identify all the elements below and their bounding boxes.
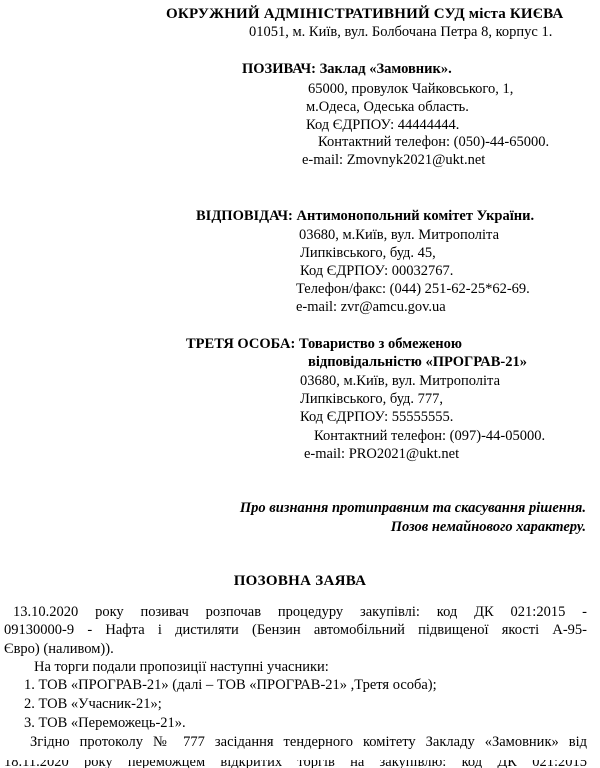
- plaintiff-email: e-mail: Zmovnyk2021@ukt.net: [302, 152, 485, 169]
- defendant-email-line: e-mail: zvr@amcu.gov.ua: [296, 299, 446, 316]
- defendant-edrpou: Код ЄДРПОУ: 00032767.: [300, 263, 453, 280]
- defendant-label: ВІДПОВІДАЧ:: [196, 208, 293, 224]
- plaintiff-phone: Контактний телефон: (050)-44-65000.: [318, 134, 549, 151]
- plaintiff-name: Заклад «Замовник».: [320, 61, 452, 77]
- plaintiff-edrpou: Код ЄДРПОУ: 44444444.: [306, 117, 459, 134]
- third-party-email: e-mail: PRO2021@ukt.net: [304, 446, 459, 463]
- third-party-label: ТРЕТЯ ОСОБА:: [186, 336, 295, 352]
- plaintiff-address-line1: 65000, провулок Чайковського, 1,: [308, 81, 513, 98]
- defendant-phone: Телефон/факс: (044) 251-62-25*62-69.: [296, 281, 530, 298]
- claim-para2-line2: 18.11.2020 року переможцем відкритих тор…: [4, 760, 587, 768]
- claim-para1-line2: 09130000-9 - Нафта і дистиляти (Бензин а…: [4, 622, 587, 639]
- participants-intro: На торги подали пропозиції наступні учас…: [34, 659, 329, 676]
- third-party-edrpou: Код ЄДРПОУ: 55555555.: [300, 409, 453, 426]
- plaintiff-heading: ПОЗИВАЧ: Заклад «Замовник».: [242, 61, 452, 78]
- third-party-address-line1: 03680, м.Київ, вул. Митрополіта: [300, 373, 500, 390]
- claim-para1-line1: 13.10.2020 року позивач розпочав процеду…: [4, 604, 587, 621]
- defendant-email-label: e-mail:: [296, 299, 337, 315]
- court-address: 01051, м. Київ, вул. Болбочана Петра 8, …: [249, 24, 552, 41]
- third-party-name-line1: Товариство з обмеженою: [299, 336, 462, 352]
- third-party-heading: ТРЕТЯ ОСОБА: Товариство з обмеженою: [186, 336, 462, 353]
- defendant-address-line1: 03680, м.Київ, вул. Митрополіта: [299, 227, 499, 244]
- subject-line1: Про визнання протиправним та скасування …: [240, 500, 586, 517]
- defendant-address-line2: Липківського, буд. 45,: [300, 245, 436, 262]
- participant-item: 2. ТОВ «Учасник-21»;: [24, 696, 162, 713]
- truncated-line-clip: 18.11.2020 року переможцем відкритих тор…: [0, 760, 600, 768]
- court-name: ОКРУЖНИЙ АДМІНІСТРАТИВНИЙ СУД міста КИЄВ…: [166, 6, 563, 23]
- claim-para2-line1: Згідно протоколу № 777 засідання тендерн…: [4, 734, 587, 751]
- third-party-name-line2: відповідальністю «ПРОГРАВ-21»: [308, 354, 527, 371]
- third-party-address-line2: Липківського, буд. 777,: [300, 391, 443, 408]
- plaintiff-address-line2: м.Одеса, Одеська область.: [306, 99, 469, 116]
- subject-line2: Позов немайнового характеру.: [391, 519, 586, 536]
- defendant-email: zvr@amcu.gov.ua: [341, 299, 446, 315]
- defendant-heading: ВІДПОВІДАЧ: Антимонопольний комітет Укра…: [196, 208, 534, 225]
- claim-title: ПОЗОВНА ЗАЯВА: [0, 573, 600, 590]
- participant-item: 1. ТОВ «ПРОГРАВ-21» (далі – ТОВ «ПРОГРАВ…: [24, 677, 437, 694]
- defendant-name: Антимонопольний комітет України.: [297, 208, 535, 224]
- claim-para1-line3: Євро) (наливом)).: [4, 641, 114, 658]
- plaintiff-label: ПОЗИВАЧ:: [242, 61, 316, 77]
- third-party-phone: Контактний телефон: (097)-44-05000.: [314, 428, 545, 445]
- participant-item: 3. ТОВ «Переможець-21».: [24, 715, 186, 732]
